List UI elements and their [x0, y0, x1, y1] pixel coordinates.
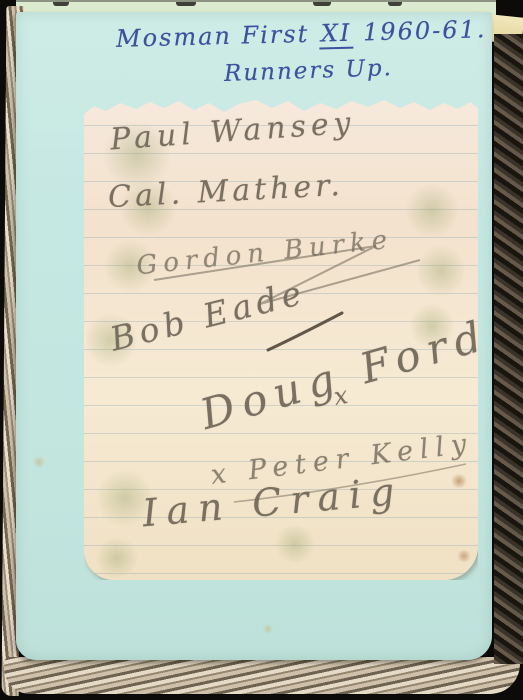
album-cover-right-edge	[494, 34, 523, 664]
inscription-line2: Runners Up.	[224, 55, 394, 87]
signature-gordon-burke: Gordon Burke	[135, 225, 394, 282]
rust-spot	[450, 474, 468, 488]
foxing-spot	[32, 456, 46, 468]
inscription-team: Mosman First	[116, 20, 320, 53]
pasted-autograph-paper: Paul Wansey Cal. Mather. Gordon Burke Bo…	[84, 98, 478, 580]
binding-notch	[313, 2, 331, 6]
dark-pencil-slash	[268, 313, 342, 350]
foxing-spot	[262, 624, 274, 634]
mould-stain	[418, 242, 464, 300]
album-page: Mosman First XI 1960-61. Runners Up. Pau…	[16, 12, 492, 660]
mould-stain	[406, 182, 458, 240]
mould-stain	[94, 538, 140, 578]
album-cover-bottom-edge	[4, 657, 520, 694]
signature-doug-ford: Doug Ford	[195, 310, 494, 439]
binding-notch	[388, 2, 402, 6]
binding-notch	[176, 2, 196, 6]
autograph-album-photo: Mosman First XI 1960-61. Runners Up. Pau…	[0, 0, 523, 700]
signature-paul-wansey: Paul Wansey	[109, 105, 357, 157]
inscription-numeral-underlined: XI	[319, 19, 354, 50]
binding-notch	[53, 2, 69, 6]
mould-stain	[272, 526, 318, 562]
rust-spot	[456, 550, 472, 562]
inscription-season: 1960-61.	[353, 15, 487, 46]
inscription-line1: Mosman First XI 1960-61.	[116, 15, 487, 53]
